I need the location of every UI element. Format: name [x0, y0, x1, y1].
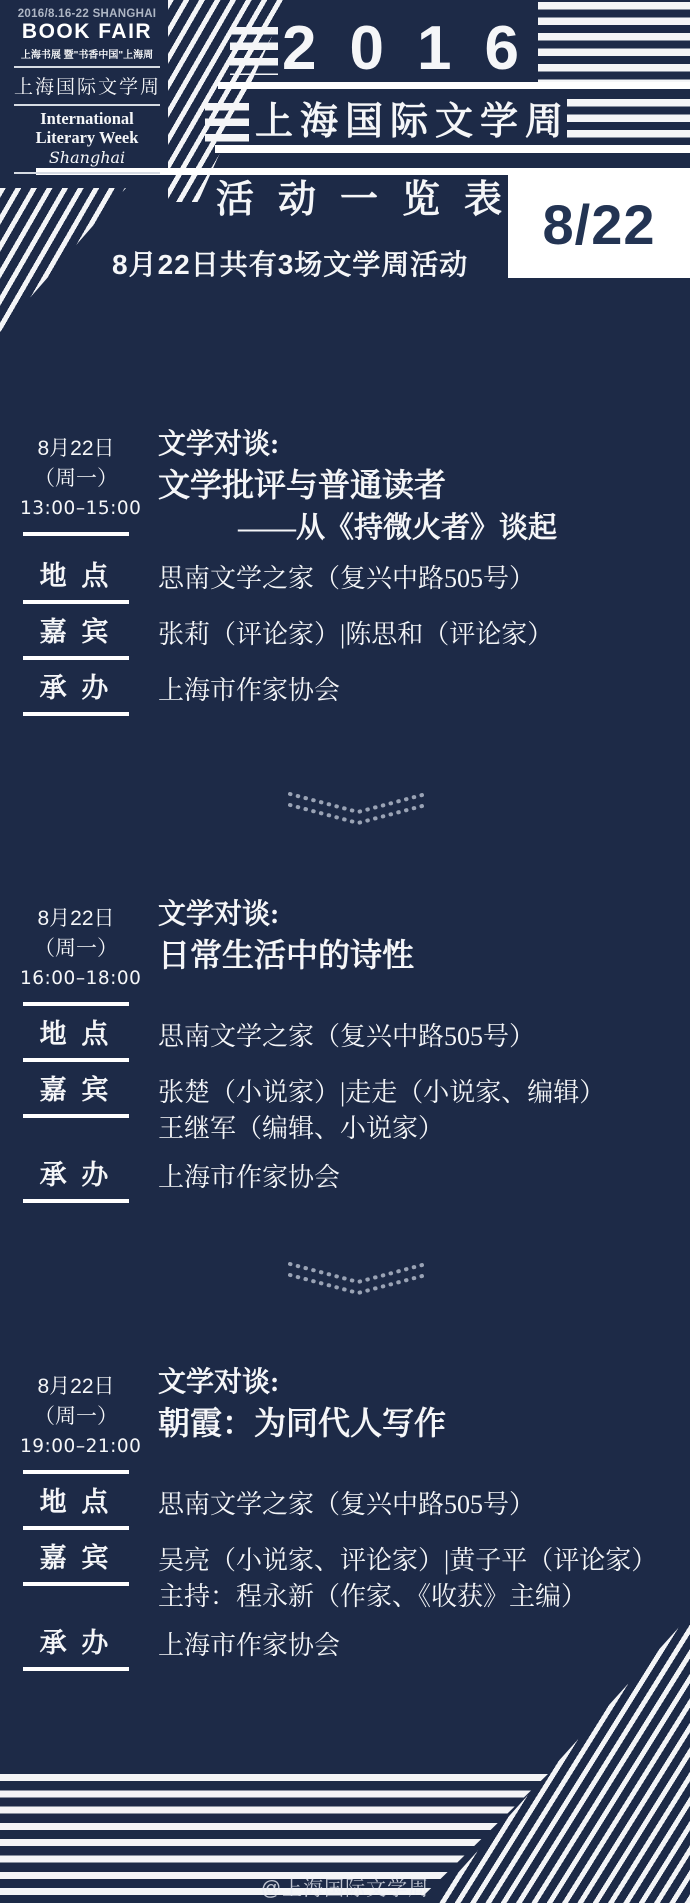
underline	[23, 656, 129, 660]
event-card-1: 8月22日 （周一） 13:00–15:00 文学对谈: 文学批评与普通读者 —…	[20, 428, 678, 716]
event-title: 日常生活中的诗性	[158, 932, 414, 978]
event-datetime: 8月22日 （周一） 13:00–15:00	[20, 428, 132, 548]
event-type: 文学对谈:	[158, 898, 414, 932]
venue-value: 思南文学之家（复兴中路505号）	[132, 561, 535, 604]
venue-label: 地 点	[20, 1487, 132, 1530]
schedule-list-title: 活动一览表	[216, 178, 526, 222]
watermark: @上海国际文学周	[0, 1872, 690, 1901]
underline	[23, 1058, 129, 1062]
logo-shanghai-script: Shanghai	[14, 149, 160, 167]
underline	[23, 1199, 129, 1203]
book-fair-logo: 2016/8.16-22 SHANGHAI BOOK FAIR 上海书展 暨"书…	[14, 8, 160, 178]
venue-label: 地 点	[20, 1019, 132, 1062]
guests-label: 嘉 宾	[20, 617, 132, 660]
horizontal-stripes-right-mid	[567, 99, 690, 139]
year-title: 2016	[282, 12, 552, 86]
organizer-label: 承 办	[20, 1628, 132, 1671]
event-title: 朝霞：为同代人写作	[158, 1400, 446, 1446]
date-badge: 8/22	[508, 170, 690, 278]
underline	[23, 712, 129, 716]
horizontal-stripes-left-mid	[205, 103, 249, 143]
chevron-down-divider-icon	[288, 1260, 428, 1296]
underline	[23, 1114, 129, 1118]
horizontal-stripes-right-top	[538, 2, 690, 90]
logo-literary-week-cn: 上海国际文学周	[14, 72, 160, 99]
logo-book-fair: BOOK FAIR	[14, 20, 160, 44]
organizer-value: 上海市作家协会	[132, 1160, 340, 1203]
underline	[23, 1582, 129, 1586]
venue-value: 思南文学之家（复兴中路505号）	[132, 1487, 535, 1530]
organizer-label: 承 办	[20, 673, 132, 716]
venue-label: 地 点	[20, 561, 132, 604]
logo-divider	[14, 66, 160, 68]
organizer-value: 上海市作家协会	[132, 1628, 340, 1671]
event-title: 文学批评与普通读者	[158, 462, 557, 508]
underline	[23, 1526, 129, 1530]
underline	[23, 532, 129, 536]
underline	[23, 1667, 129, 1671]
horizontal-stripes-left-top	[230, 27, 278, 75]
logo-cn-subtitle: 上海书展 暨"书香中国"上海周	[14, 46, 160, 61]
event-schedule-poster: 2016/8.16-22 SHANGHAI BOOK FAIR 上海书展 暨"书…	[0, 0, 690, 1903]
chevron-down-divider-icon	[288, 790, 428, 826]
event-card-3: 8月22日 （周一） 19:00–21:00 文学对谈: 朝霞：为同代人写作 地…	[20, 1366, 678, 1671]
guests-value: 张莉（评论家）|陈思和（评论家）	[132, 617, 553, 660]
event-datetime: 8月22日 （周一） 19:00–21:00	[20, 1366, 132, 1474]
date-badge-text: 8/22	[543, 192, 656, 257]
logo-dates: 2016/8.16-22 SHANGHAI	[14, 8, 160, 20]
guests-label: 嘉 宾	[20, 1543, 132, 1615]
underline	[23, 1002, 129, 1006]
event-card-2: 8月22日 （周一） 16:00–18:00 文学对谈: 日常生活中的诗性 地 …	[20, 898, 678, 1203]
underline	[23, 600, 129, 604]
underline	[23, 1470, 129, 1474]
event-subtitle: ——从《持微火者》谈起	[158, 508, 557, 548]
organizer-label: 承 办	[20, 1160, 132, 1203]
guests-label: 嘉 宾	[20, 1075, 132, 1147]
venue-value: 思南文学之家（复兴中路505号）	[132, 1019, 535, 1062]
logo-divider	[14, 104, 160, 106]
event-type: 文学对谈:	[158, 1366, 446, 1400]
logo-literary-week-en: International Literary Week	[14, 110, 160, 148]
logo-divider	[14, 172, 160, 174]
daily-summary: 8月22日共有3场文学周活动	[112, 248, 468, 282]
organizer-value: 上海市作家协会	[132, 673, 340, 716]
event-type: 文学对谈:	[158, 428, 557, 462]
diagonal-stripe-triangle	[0, 188, 126, 332]
event-datetime: 8月22日 （周一） 16:00–18:00	[20, 898, 132, 1006]
guests-value: 吴亮（小说家、评论家）|黄子平（评论家） 主持：程永新（作家、《收获》主编）	[132, 1543, 657, 1615]
guests-value: 张楚（小说家）|走走（小说家、编辑） 王继军（编辑、小说家）	[132, 1075, 605, 1147]
literary-week-title: 上海国际文学周	[255, 96, 570, 148]
